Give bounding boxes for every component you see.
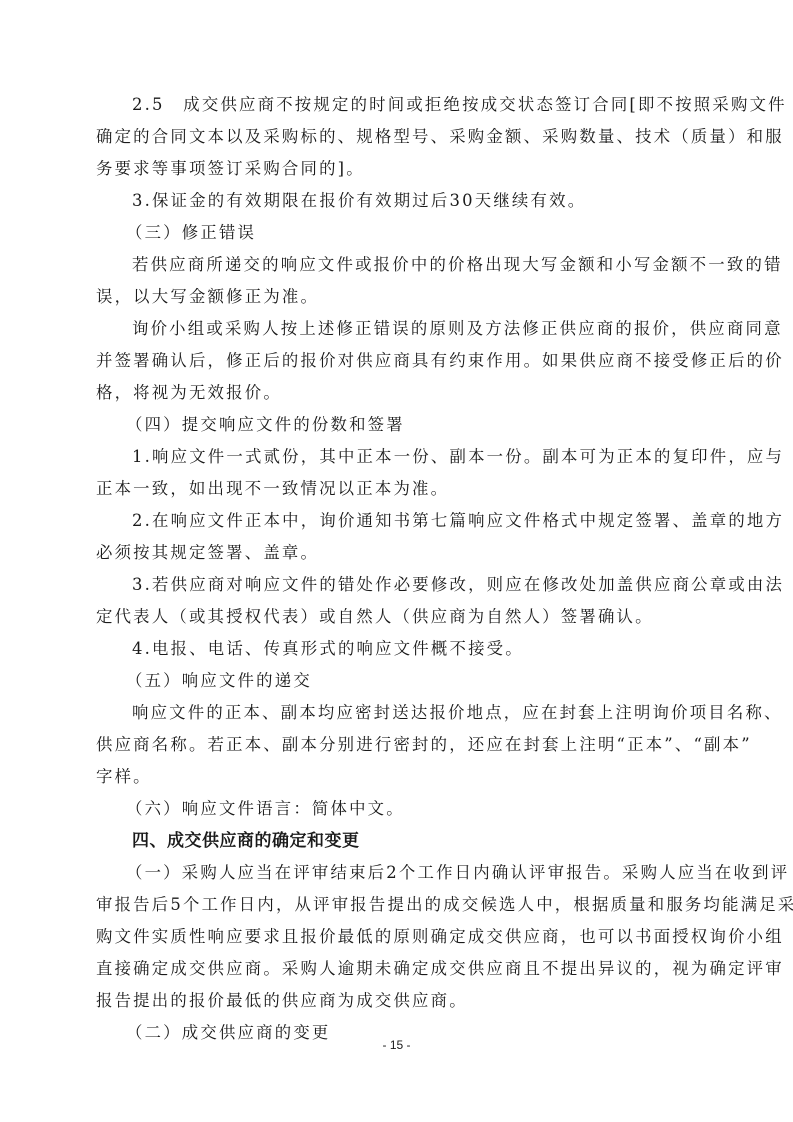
text-line: 正本一致，如出现不一致情况以正本为准。 <box>96 479 449 499</box>
text-line: 审报告后5个工作日内，从评审报告提出的成交候选人中，根据质量和服务均能满足采 <box>96 895 793 915</box>
text-line: （三）修正错误 <box>126 223 256 243</box>
text-line: 误，以大写金额修正为准。 <box>96 287 319 307</box>
text-line: 字样。 <box>96 767 152 787</box>
text-line: 响应文件的正本、副本均应密封送达报价地点，应在封套上注明询价项目名称、 <box>132 703 783 723</box>
text-line: 2.5 成交供应商不按规定的时间或拒绝按成交状态签订合同[即不按照采购文件 <box>132 95 787 115</box>
text-line: 报告提出的报价最低的供应商为成交供应商。 <box>96 991 468 1011</box>
text-line: （一）采购人应当在评审结束后2个工作日内确认评审报告。采购人应当在收到评 <box>126 863 789 883</box>
text-line: （四）提交响应文件的份数和签署 <box>126 415 405 435</box>
text-line: 1.响应文件一式贰份，其中正本一份、副本一份。副本可为正本的复印件，应与 <box>132 447 784 467</box>
text-line: 询价小组或采购人按上述修正错误的原则及方法修正供应商的报价，供应商同意 <box>132 319 783 339</box>
text-line: 3.保证金的有效期限在报价有效期过后30天继续有效。 <box>132 191 586 211</box>
text-line: 确定的合同文本以及采购标的、规格型号、采购金额、采购数量、技术（质量）和服 <box>96 127 784 147</box>
text-line: 若供应商所递交的响应文件或报价中的价格出现大写金额和小写金额不一致的错 <box>132 255 783 275</box>
text-line: 供应商名称。若正本、副本分别进行密封的，还应在封套上注明“正本”、“副本” <box>96 735 752 755</box>
text-line: 2.在响应文件正本中，询价通知书第七篇响应文件格式中规定签署、盖章的地方 <box>132 511 784 531</box>
text-line: 定代表人（或其授权代表）或自然人（供应商为自然人）签署确认。 <box>96 607 654 627</box>
text-line: （五）响应文件的递交 <box>126 671 312 691</box>
text-line: 并签署确认后，修正后的报价对供应商具有约束作用。如果供应商不接受修正后的价 <box>96 351 784 371</box>
text-line: 购文件实质性响应要求且报价最低的原则确定成交供应商，也可以书面授权询价小组 <box>96 927 784 947</box>
text-line: 格，将视为无效报价。 <box>96 383 282 403</box>
text-line: 直接确定成交供应商。采购人逾期未确定成交供应商且不提出异议的，视为确定评审 <box>96 959 784 979</box>
text-line: 4.电报、电话、传真形式的响应文件概不接受。 <box>132 639 524 659</box>
text-line: 务要求等事项签订采购合同的]。 <box>96 159 365 179</box>
text-line: 3.若供应商对响应文件的错处作必要修改，则应在修改处加盖供应商公章或由法 <box>132 575 784 595</box>
section-heading: 四、成交供应商的确定和变更 <box>132 831 360 851</box>
page-number: - 15 - <box>0 1038 793 1052</box>
text-line: 必须按其规定签署、盖章。 <box>96 543 319 563</box>
text-line: （六）响应文件语言：简体中文。 <box>126 799 405 819</box>
